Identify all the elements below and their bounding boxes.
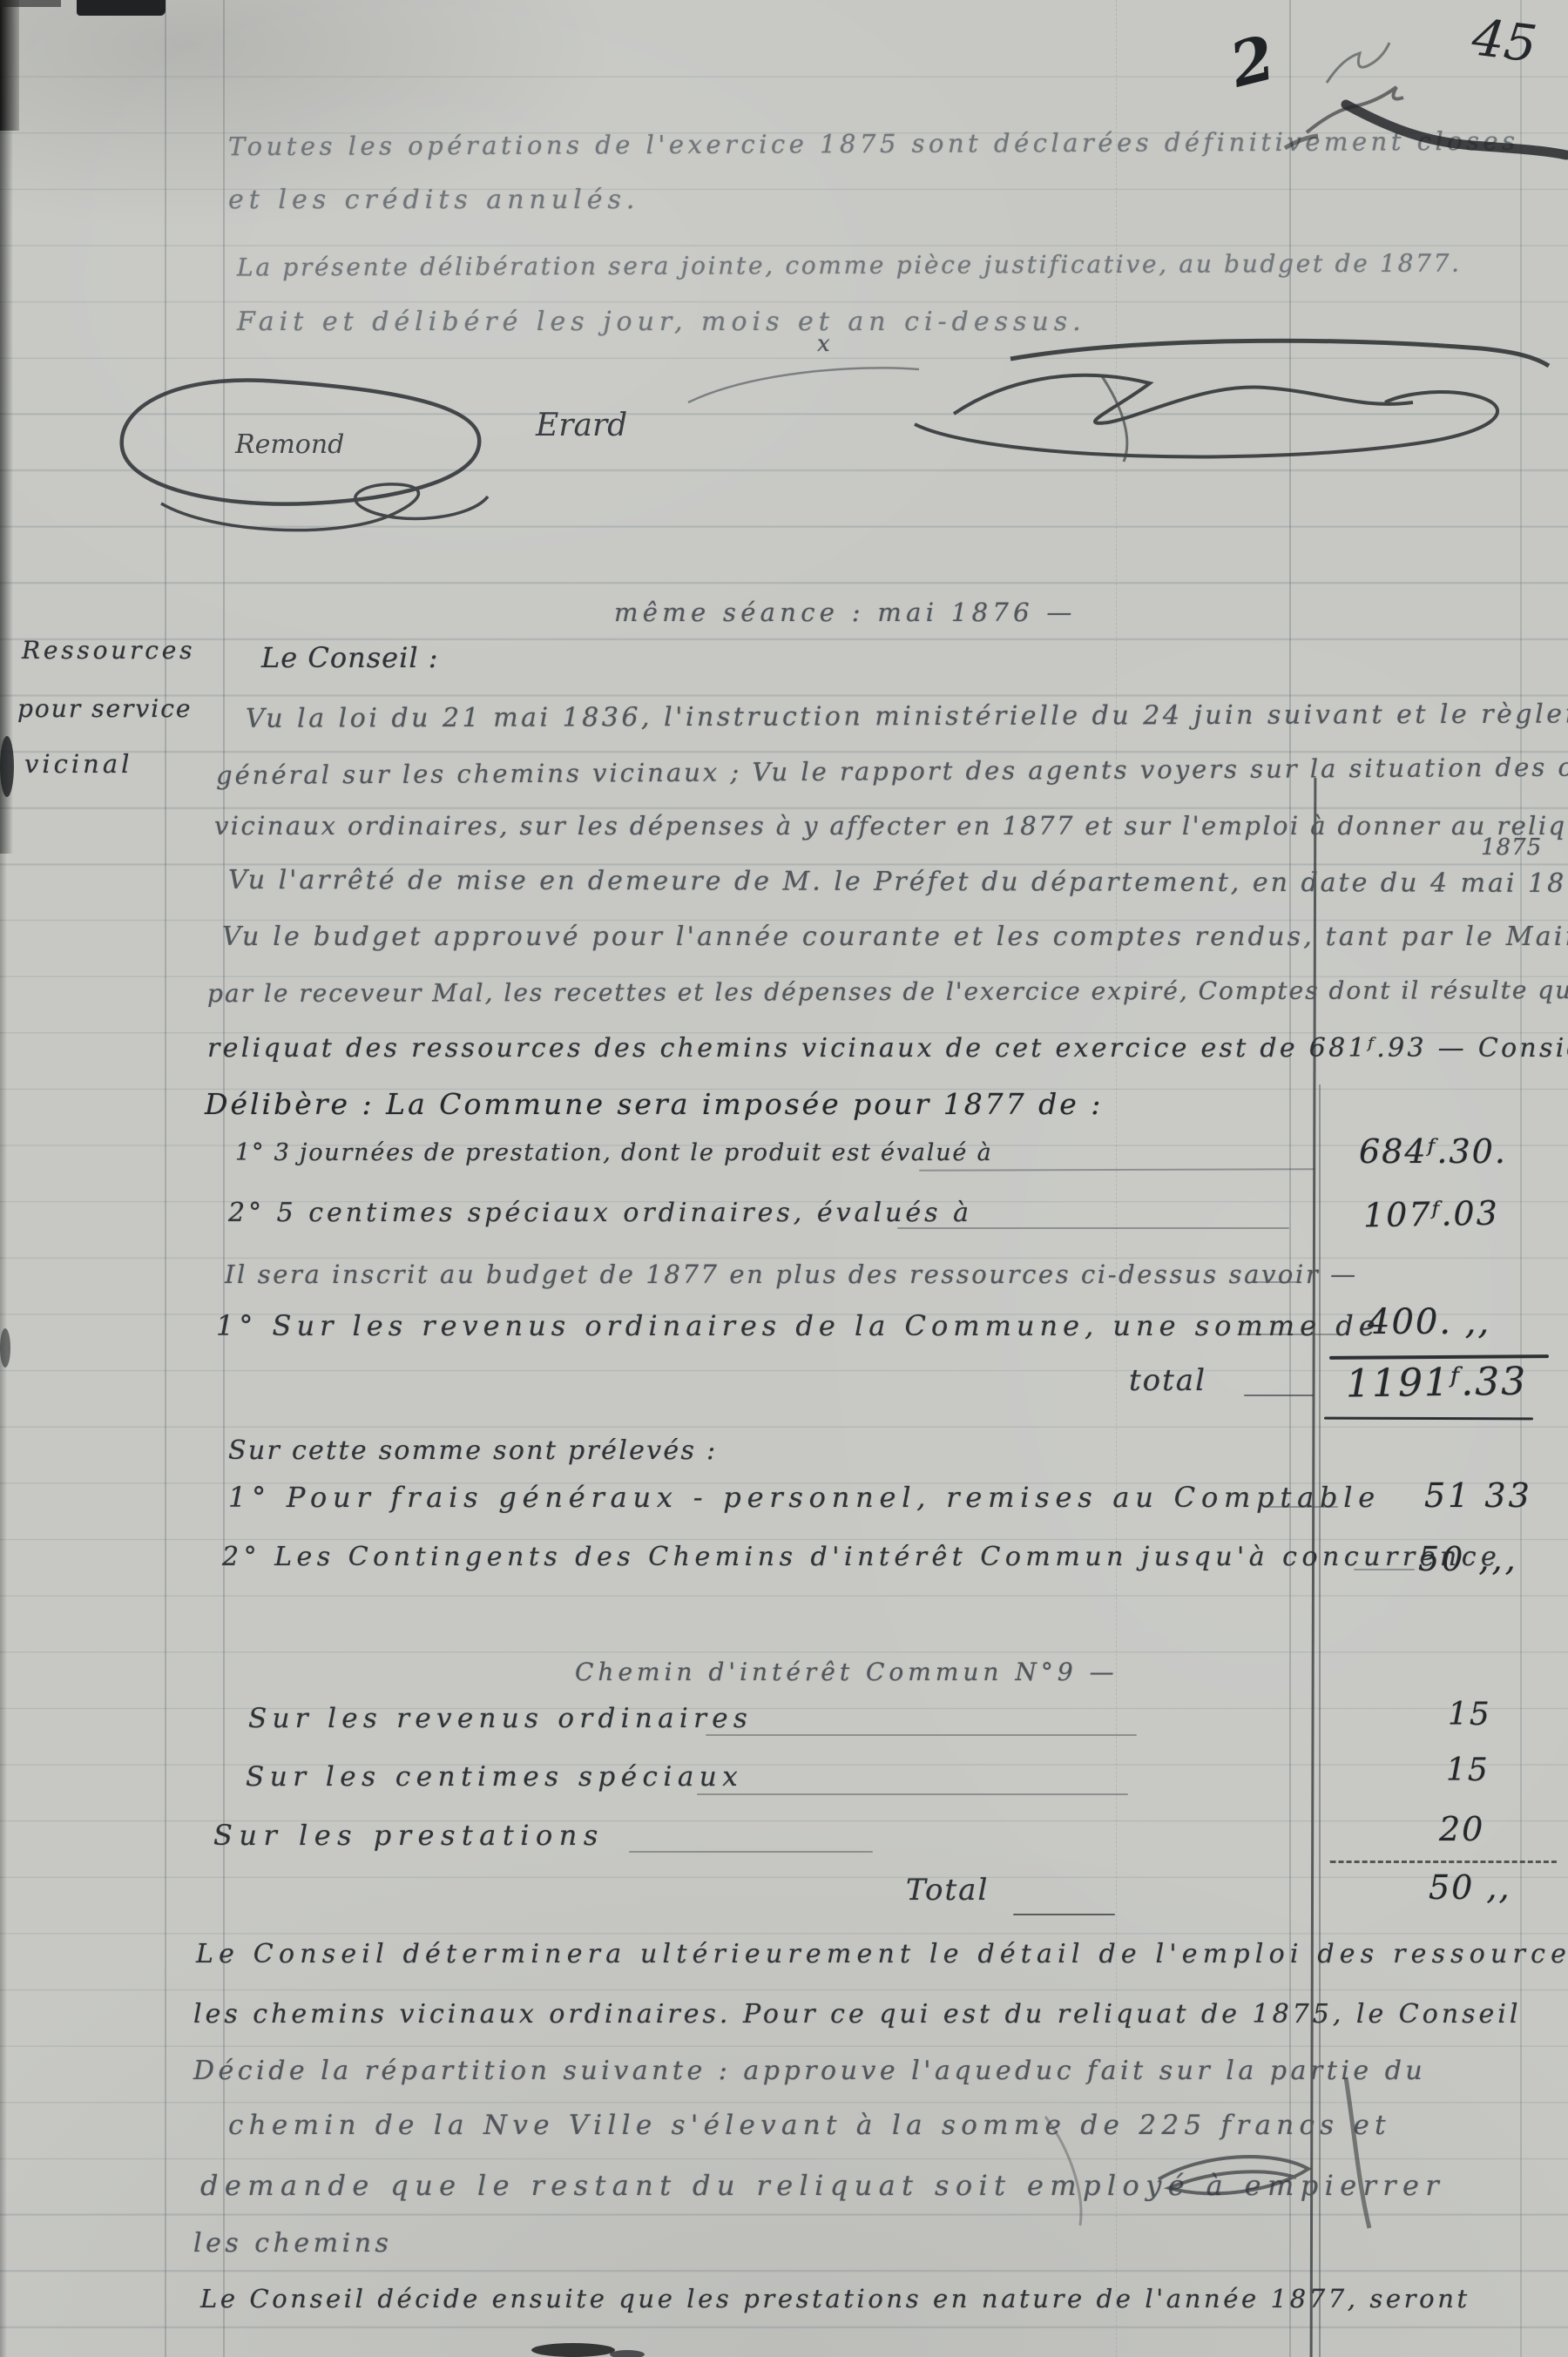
- prelevement-row-1-label: 1° Pour frais généraux - personnel, remi…: [228, 1481, 1381, 1514]
- leader-line-1: [919, 1168, 1315, 1171]
- intro-line-3: La présente délibération sera jointe, co…: [237, 249, 1462, 282]
- closing-line-6: les chemins: [193, 2228, 392, 2259]
- cic9-row-2-label: Sur les centimes spéciaux: [246, 1761, 743, 1793]
- correction-scribble: [1045, 2077, 1369, 2228]
- cic-total-word-underline: [1013, 1914, 1115, 1915]
- edge-blot-1: [0, 736, 14, 797]
- signature-center-name: Erard: [535, 408, 627, 443]
- margin-note-line-3: vicinal: [24, 749, 132, 779]
- imposition-row-1-label: 1° 3 journées de prestation, dont le pro…: [235, 1139, 992, 1166]
- cic9-row-2-value: 15: [1446, 1753, 1490, 1788]
- body-line-reliquat: reliquat des ressources des chemins vici…: [207, 1033, 1568, 1064]
- page-number: 45: [1468, 7, 1540, 74]
- grand-total-label: total: [1129, 1363, 1206, 1398]
- prelevement-row-1-value: 51 33: [1424, 1476, 1532, 1515]
- corner-number: 2: [1222, 21, 1281, 102]
- closing-line-1: Le Conseil déterminera ultérieurement le…: [196, 1939, 1568, 1969]
- grand-total-rule-bottom: [1324, 1417, 1533, 1421]
- cic9-row-3-label: Sur les prestations: [213, 1819, 605, 1852]
- closing-line-4: chemin de la Nve Ville s'élevant à la so…: [228, 2110, 1391, 2141]
- closing-line-2: les chemins vicinaux ordinaires. Pour ce…: [193, 1999, 1521, 2029]
- closing-line-7: Le Conseil décide ensuite que les presta…: [200, 2284, 1470, 2313]
- cic9-row-1-value: 15: [1448, 1697, 1491, 1732]
- closing-line-3: Décide la répartition suivante : approuv…: [193, 2056, 1426, 2086]
- session-heading: même séance : mai 1876 —: [614, 598, 1077, 627]
- body-line-vicinaux: vicinaux ordinaires, sur les dépenses à …: [214, 811, 1568, 841]
- manuscript-register-page: Ressources pour service vicinal Toutes l…: [0, 0, 1568, 2357]
- leader-line-7: [706, 1734, 1137, 1736]
- imposition-row-2-value: 107ᶠ.03: [1363, 1194, 1500, 1235]
- body-line-general: général sur les chemins vicinaux ; Vu le…: [216, 752, 1568, 790]
- signature-flourish-right: [915, 341, 1549, 462]
- leader-line-8: [697, 1793, 1128, 1795]
- intro-line-1: Toutes les opérations de l'exercice 1875…: [228, 126, 1519, 161]
- bottom-smudge-2: [610, 2350, 645, 2357]
- cic9-row-3-value: 20: [1439, 1810, 1484, 1848]
- imposition-row-1-value: 684ᶠ.30.: [1359, 1132, 1507, 1171]
- bottom-smudge-1: [531, 2343, 615, 2357]
- prelevements-intro: Sur cette somme sont prélevés :: [228, 1435, 717, 1466]
- cic9-row-1-label: Sur les revenus ordinaires: [248, 1703, 753, 1734]
- signature-left-name: Remond: [234, 429, 344, 460]
- scan-mark-top-left: [77, 0, 166, 16]
- intro-line-4: Fait et délibéré les jour, mois et an ci…: [237, 307, 1086, 337]
- grand-total-value: 1191ᶠ.33: [1346, 1360, 1528, 1407]
- intro-line-2: et les crédits annulés.: [228, 185, 639, 215]
- body-line-delibere: Délibère : La Commune sera imposée pour …: [205, 1087, 1103, 1121]
- body-line-receveur: par le receveur Mal, les recettes et les…: [207, 976, 1568, 1008]
- inscription-line: Il sera inscrit au budget de 1877 en plu…: [225, 1260, 1358, 1289]
- cic-total-dashed-rule: [1329, 1861, 1558, 1863]
- margin-note-line-1: Ressources: [22, 636, 195, 665]
- cic9-total-label: Total: [906, 1873, 989, 1908]
- body-line-arrete: Vu l'arrêté de mise en demeure de M. le …: [228, 865, 1568, 899]
- body-line-vu-loi: Vu la loi du 21 mai 1836, l'instruction …: [246, 699, 1568, 734]
- scan-edge-dark-top: [0, 0, 19, 131]
- signature-left: [122, 380, 488, 530]
- scan-mark-top-edge: [0, 0, 61, 7]
- prelevement-row-2-label: 2° Les Contingents des Chemins d'intérêt…: [222, 1542, 1501, 1572]
- cic9-total-value: 50 ,,: [1429, 1868, 1511, 1907]
- reliquat-year-superscript: 1875: [1481, 834, 1542, 861]
- body-line-budget: Vu le budget approuvé pour l'année coura…: [222, 922, 1568, 952]
- cross-mark: x: [817, 331, 830, 357]
- scan-edge-dark-mid: [0, 131, 13, 854]
- leader-line-9: [629, 1851, 873, 1853]
- prelevement-row-2-value: 50 ,,,: [1418, 1540, 1518, 1578]
- cic9-heading: Chemin d'intérêt Commun N°9 —: [575, 1658, 1119, 1686]
- grand-total-word-dash: [1244, 1395, 1314, 1396]
- extra-row-label: 1° Sur les revenus ordinaires de la Comm…: [216, 1309, 1381, 1342]
- closing-line-5: demande que le restant du reliquat soit …: [200, 2169, 1445, 2202]
- edge-blot-2: [0, 1328, 10, 1368]
- margin-note-line-2: pour service: [17, 694, 192, 723]
- extra-row-value: 400. ,,: [1368, 1302, 1490, 1342]
- scan-edge-dark-low: [0, 854, 7, 2357]
- imposition-row-2-label: 2° 5 centimes spéciaux ordinaires, évalu…: [228, 1198, 972, 1228]
- signature-center-flourish: [688, 368, 919, 402]
- margin-rule-left-1: [165, 0, 166, 2357]
- body-line-conseil: Le Conseil :: [261, 641, 439, 674]
